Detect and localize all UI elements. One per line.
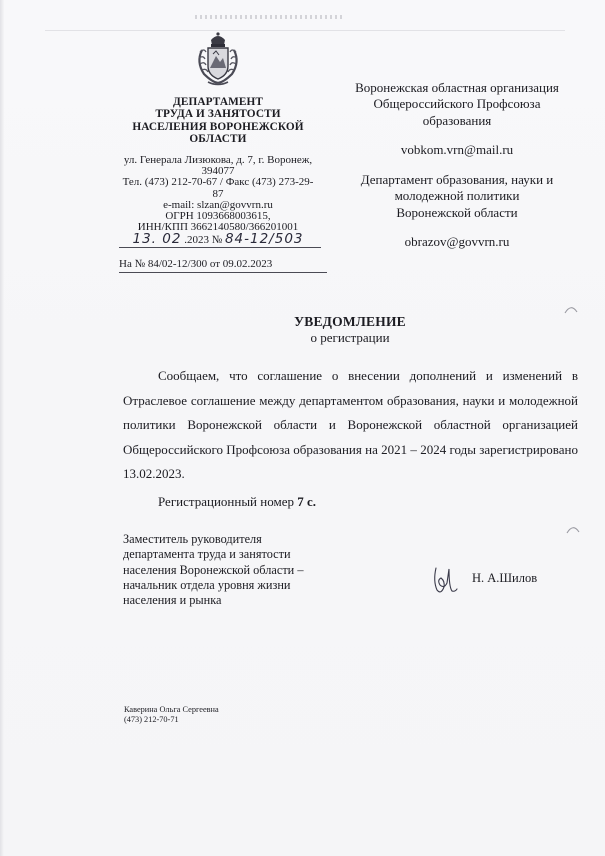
signatory-position: Заместитель руководителя департамента тр…: [123, 532, 353, 608]
paper-curl-mark: [565, 524, 581, 534]
executor-name: Каверина Ольга Сергеевна: [124, 705, 219, 715]
scan-artifact-specks: [195, 15, 345, 19]
underline: [119, 272, 327, 273]
scan-edge: [0, 0, 4, 856]
addressee-email: vobkom.vrn@mail.ru: [337, 142, 577, 158]
reference-text: На № 84/02-12/300 от 09.02.2023: [119, 258, 272, 270]
registration-number: 7 с.: [297, 494, 316, 509]
addressee-union: Воронежская областная организация Общеро…: [337, 80, 577, 158]
addressee-email: obrazov@govvrn.ru: [337, 234, 577, 250]
department-name: ДЕПАРТАМЕНТ ТРУДА И ЗАНЯТОСТИ НАСЕЛЕНИЯ …: [103, 96, 333, 146]
department-contacts: ул. Генерала Лизюкова, д. 7, г. Воронеж,…: [103, 155, 333, 234]
department-line: ДЕПАРТАМЕНТ: [103, 96, 333, 108]
phone-fax-line: Тел. (473) 212-70-67 / Факс (473) 273-29…: [103, 177, 333, 188]
executor-phone: (473) 212-70-71: [124, 715, 219, 725]
paper-curl-mark: [563, 304, 579, 314]
outgoing-number-line: 13. 02 .2023 № 84-12/503: [103, 233, 333, 247]
document-body: Сообщаем, что соглашение о внесении допо…: [123, 364, 578, 515]
addressee-line: Воронежской области: [337, 205, 577, 221]
position-line: населения Воронежской области –: [123, 563, 353, 578]
position-line: Заместитель руководителя: [123, 532, 353, 547]
executor-info: Каверина Ольга Сергеевна (473) 212-70-71: [124, 705, 219, 725]
document-title: УВЕДОМЛЕНИЕ: [100, 314, 600, 330]
addressee-line: образования: [337, 113, 577, 129]
addressee-line: Воронежская областная организация: [337, 80, 577, 96]
handwritten-signature-icon: [432, 565, 460, 595]
document-page: ДЕПАРТАМЕНТ ТРУДА И ЗАНЯТОСТИ НАСЕЛЕНИЯ …: [0, 0, 605, 856]
body-paragraph: Сообщаем, что соглашение о внесении допо…: [123, 364, 578, 487]
letterhead: ДЕПАРТАМЕНТ ТРУДА И ЗАНЯТОСТИ НАСЕЛЕНИЯ …: [103, 28, 333, 270]
addressees-block: Воронежская областная организация Общеро…: [337, 80, 577, 264]
handwritten-date: 13. 02: [133, 231, 182, 247]
document-subtitle: о регистрации: [100, 330, 600, 346]
signer-name: Н. А.Шилов: [472, 571, 537, 586]
position-line: населения и рынка: [123, 593, 353, 608]
registration-paragraph: Регистрационный номер 7 с.: [123, 490, 578, 515]
addressee-line: Департамент образования, науки и: [337, 172, 577, 188]
department-line: ТРУДА И ЗАНЯТОСТИ: [103, 108, 333, 120]
addressee-line: молодежной политики: [337, 188, 577, 204]
position-line: департамента труда и занятости: [123, 547, 353, 562]
addressee-line: Общероссийского Профсоюза: [337, 96, 577, 112]
department-line: НАСЕЛЕНИЯ ВОРОНЕЖСКОЙ: [103, 121, 333, 133]
coat-of-arms-icon: [186, 28, 250, 92]
outgoing-year: .2023 №: [184, 234, 222, 246]
addressee-education-department: Департамент образования, науки и молодеж…: [337, 172, 577, 250]
department-line: ОБЛАСТИ: [103, 133, 333, 145]
registration-label: Регистрационный номер: [158, 494, 297, 509]
position-line: начальник отдела уровня жизни: [123, 578, 353, 593]
document-title-block: УВЕДОМЛЕНИЕ о регистрации: [100, 314, 600, 346]
underline: [119, 247, 321, 248]
reference-line: На № 84/02-12/300 от 09.02.2023: [103, 258, 333, 270]
handwritten-outgoing-number: 84-12/503: [225, 231, 304, 247]
